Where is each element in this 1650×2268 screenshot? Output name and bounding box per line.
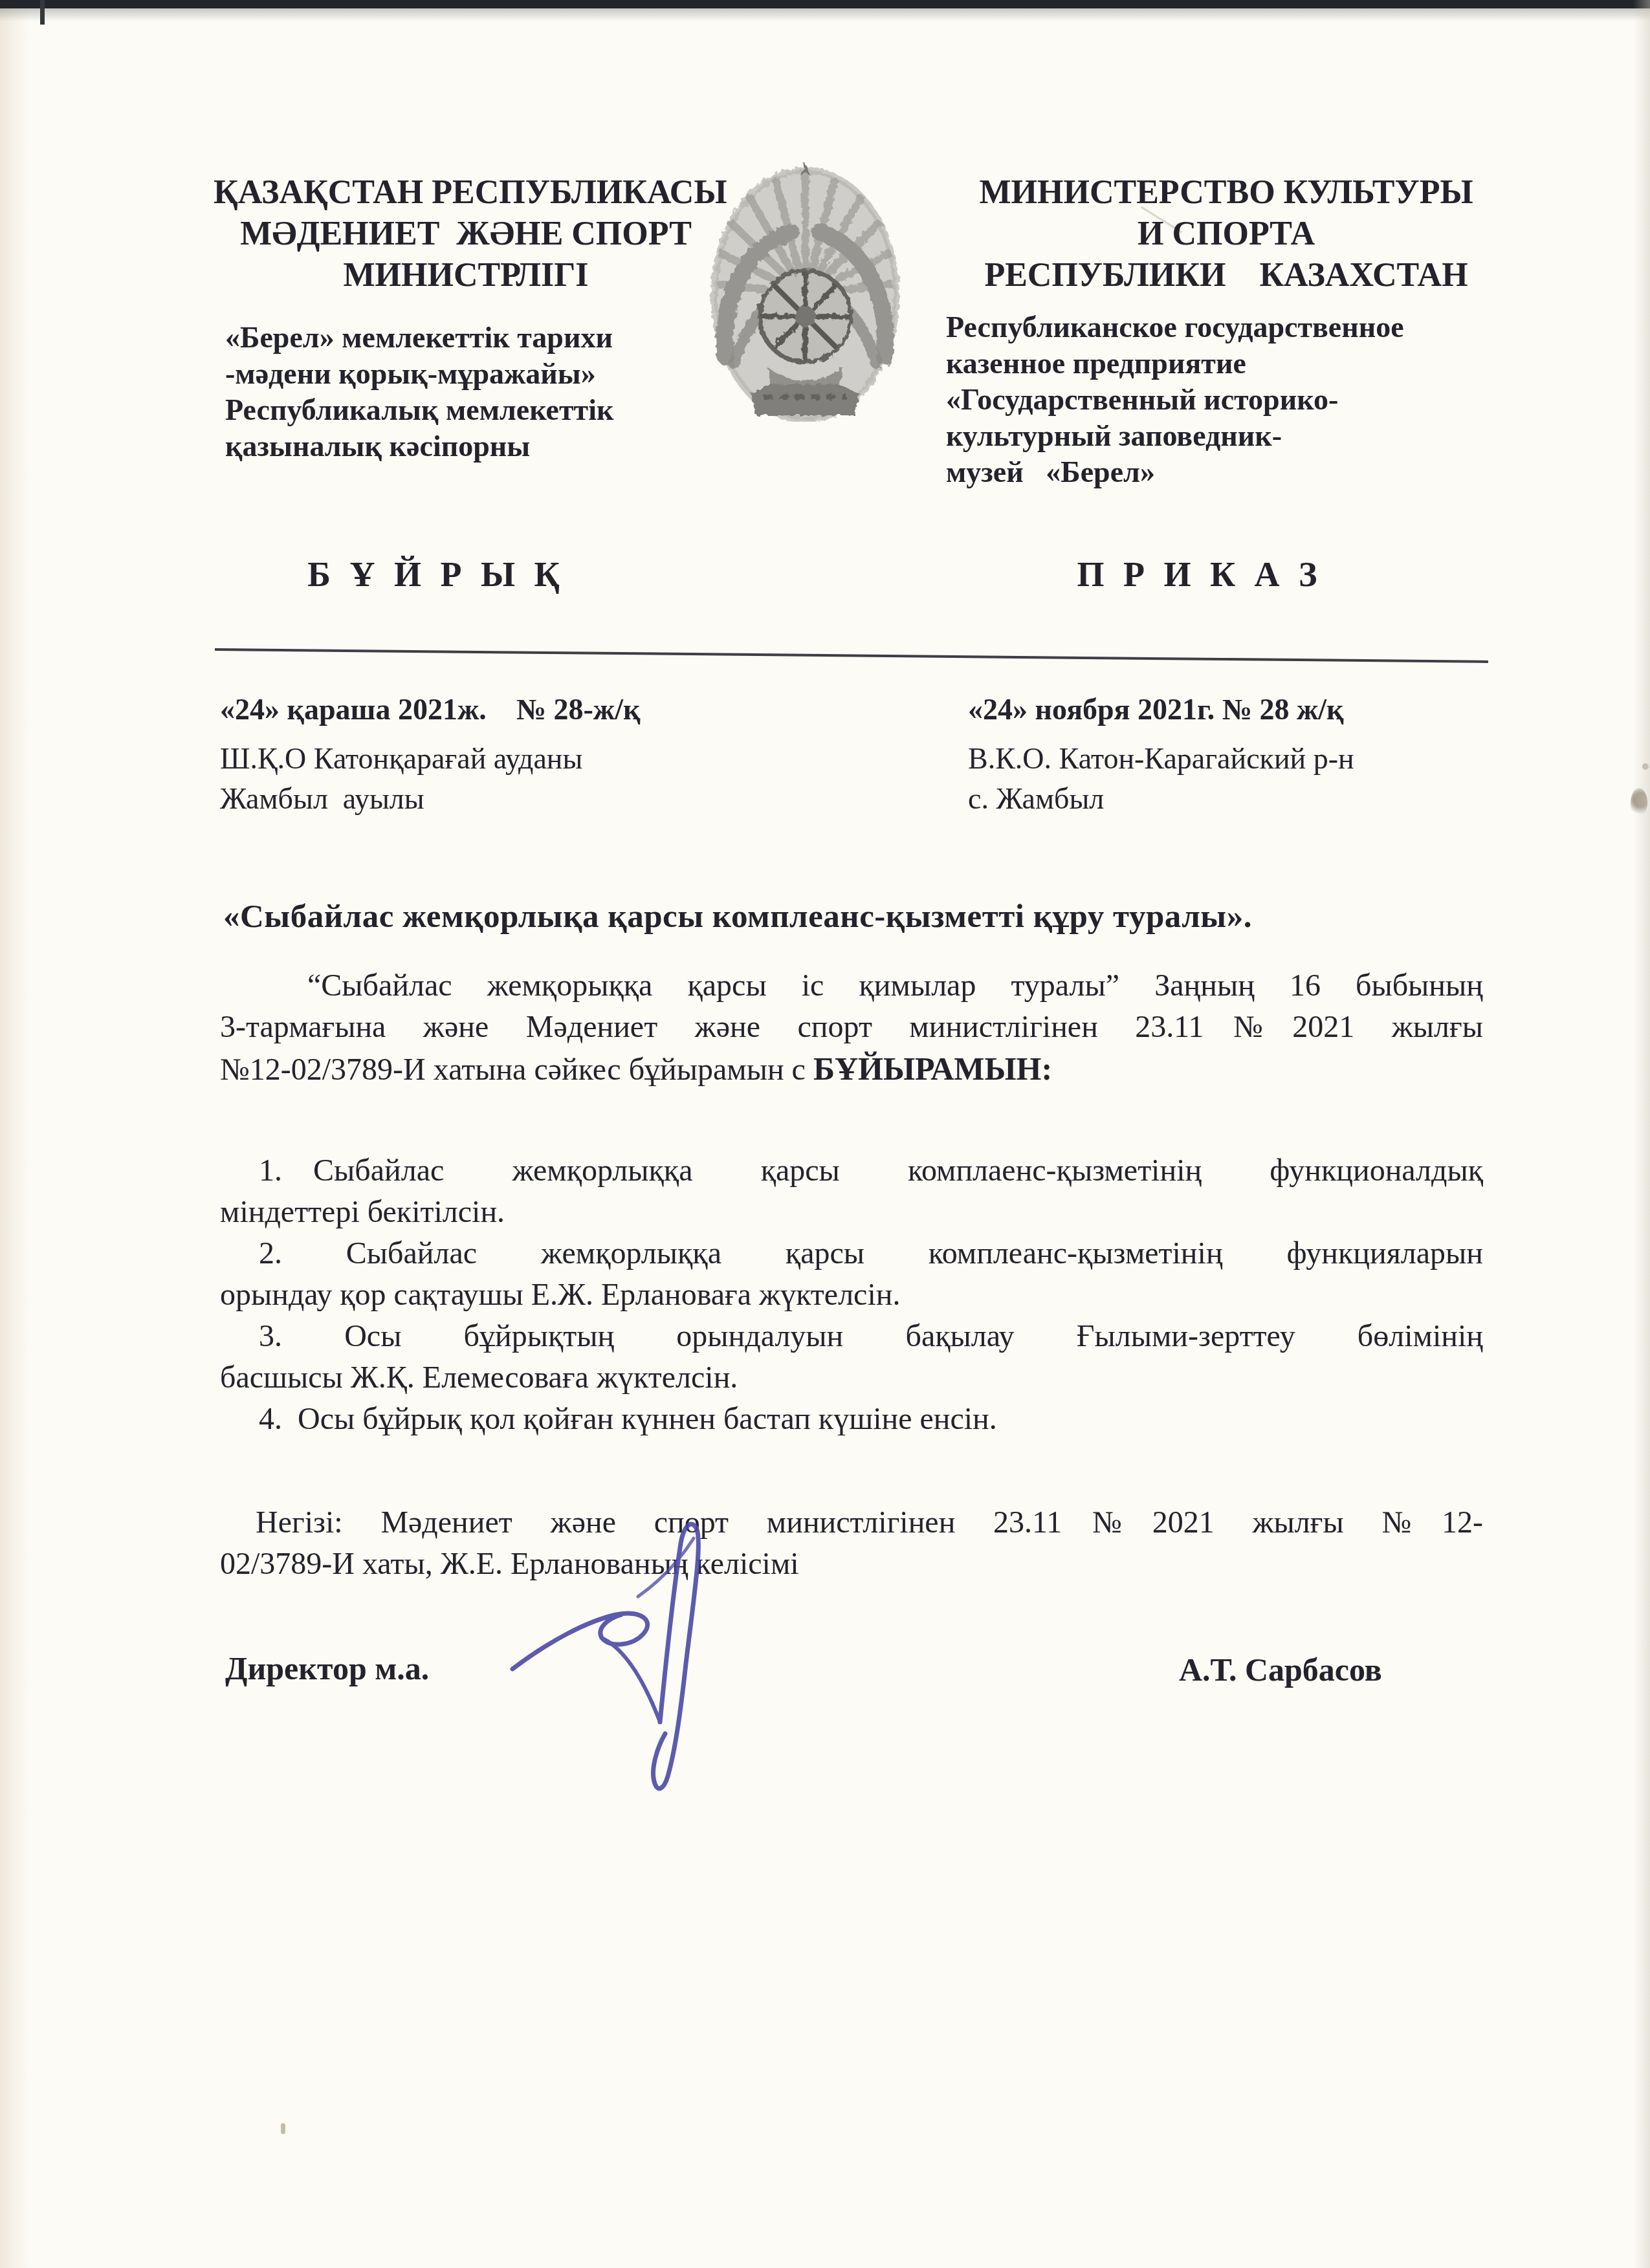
order-heading-kk: Б Ұ Й Р Ы Қ xyxy=(272,554,595,595)
body-line: 4. Осы бұйрық қол қойған күннен бастап к… xyxy=(220,1399,1483,1440)
body-line: 3-тармағына және Мәдениет және спорт мин… xyxy=(220,1007,1483,1048)
scan-speck xyxy=(1631,788,1647,818)
body-line: 2. Сыбайлас жемқорлыққа қарсы комплеанс-… xyxy=(220,1233,1483,1274)
document-body: “Сыбайлас жемқорыққа қарсы іс қимылар ту… xyxy=(220,965,1483,1585)
place-block-ru: В.К.О. Катон-Карагайский р-нс. Жамбыл xyxy=(968,739,1354,819)
scan-top-shadow xyxy=(0,8,1650,21)
letterhead-line: В.К.О. Катон-Карагайский р-н xyxy=(968,739,1354,779)
letterhead-line: МӘДЕНИЕТ ЖӘНЕ СПОРТ xyxy=(214,213,718,255)
letterhead-line: МИНИСТРЛІГІ xyxy=(214,255,718,296)
date-line-ru: «24» ноября 2021г. № 28 ж/қ xyxy=(968,692,1344,726)
order-heading-ru: П Р И К А З xyxy=(1029,554,1365,595)
signature-position-label: Директор м.а. xyxy=(225,1650,429,1687)
divider-rule xyxy=(215,648,1488,663)
letterhead-line: музей «Берел» xyxy=(946,454,1404,490)
signatory-name: А.Т. Сарбасов xyxy=(1179,1651,1382,1688)
body-line: басшысы Ж.Қ. Елемесоваға жүктелсін. xyxy=(220,1357,1483,1399)
body-paragraph: 2. Сыбайлас жемқорлыққа қарсы комплеанс-… xyxy=(220,1233,1483,1316)
scan-speck xyxy=(1642,763,1649,770)
letterhead-left-sub: «Берел» мемлекеттік тарихи-мәдени қорық-… xyxy=(225,320,613,464)
letterhead-line: казенное предприятие xyxy=(946,345,1404,382)
document-title: «Сыбайлас жемқорлықа қарсы комплеанс-қыз… xyxy=(223,898,1252,935)
order-verb-bold: БҰЙЫРАМЫН: xyxy=(813,1051,1052,1087)
body-line: 02/3789-И хаты, Ж.Е. Ерланованың келісім… xyxy=(220,1543,1483,1585)
body-line: орындау қор сақтаушы Е.Ж. Ерлановаға жүк… xyxy=(220,1274,1483,1316)
letterhead-line: И СПОРТА xyxy=(925,213,1527,255)
body-line: Негізі: Мәдениет және спорт министлігіне… xyxy=(220,1502,1483,1543)
scan-corner-mark xyxy=(40,0,45,25)
letterhead-line: Ш.Қ.О Катонқарағай ауданы xyxy=(220,739,582,779)
letterhead-line: «Берел» мемлекеттік тарихи xyxy=(225,320,613,356)
body-paragraph: Негізі: Мәдениет және спорт министлігіне… xyxy=(220,1502,1483,1585)
letterhead-line: Жамбыл ауылы xyxy=(220,779,582,819)
body-line: “Сыбайлас жемқорыққа қарсы іс қимылар ту… xyxy=(220,965,1483,1007)
letterhead-line: культурный заповедник- xyxy=(946,418,1404,454)
letterhead-line: Республиканское государственное xyxy=(946,309,1404,345)
letterhead-right-org: МИНИСТЕРСТВО КУЛЬТУРЫИ СПОРТАРЕСПУБЛИКИ … xyxy=(925,172,1527,296)
letterhead-line: Республикалық мемлекеттік xyxy=(225,392,613,428)
letterhead-line: РЕСПУБЛИКИ КАЗАХСТАН xyxy=(925,255,1527,296)
date-line-kk: «24» қараша 2021ж. № 28-ж/қ xyxy=(220,692,640,726)
handwritten-signature-icon xyxy=(505,1519,744,1810)
body-paragraph: 4. Осы бұйрық қол қойған күннен бастап к… xyxy=(220,1399,1483,1440)
scan-top-bar xyxy=(0,0,1650,8)
letterhead-line: МИНИСТЕРСТВО КУЛЬТУРЫ xyxy=(925,172,1527,213)
body-line: 3. Осы бұйрықтың орындалуын бақылау Ғылы… xyxy=(220,1316,1483,1357)
letterhead-left-org: ҚАЗАҚСТАН РЕСПУБЛИКАСЫМӘДЕНИЕТ ЖӘНЕ СПОР… xyxy=(214,172,718,296)
letterhead-line: қазыналық кәсіпорны xyxy=(225,428,613,464)
letterhead-right-sub: Республиканское государственноеказенное … xyxy=(946,309,1404,490)
place-block-kk: Ш.Қ.О Катонқарағай ауданыЖамбыл ауылы xyxy=(220,739,582,819)
body-line: №12-02/3789-И хатына сәйкес бұйырамын с … xyxy=(220,1048,1483,1091)
body-paragraph: 1. Сыбайлас жемқорлыққа қарсы комплаенс-… xyxy=(220,1150,1483,1233)
scan-speck xyxy=(281,2123,285,2134)
body-paragraph: 3. Осы бұйрықтың орындалуын бақылау Ғылы… xyxy=(220,1316,1483,1399)
scanned-order-document: ҚАЗАҚСТАН РЕСПУБЛИКАСЫМӘДЕНИЕТ ЖӘНЕ СПОР… xyxy=(0,0,1650,2268)
letterhead-line: -мәдени қорық-мұражайы» xyxy=(225,356,613,392)
kazakhstan-coat-of-arms-icon xyxy=(707,162,904,422)
body-paragraph: “Сыбайлас жемқорыққа қарсы іс қимылар ту… xyxy=(220,965,1483,1091)
letterhead-line: с. Жамбыл xyxy=(968,779,1354,819)
body-line: міндеттері бекітілсін. xyxy=(220,1192,1483,1233)
letterhead-line: «Государственный историко- xyxy=(946,382,1404,418)
letterhead-line: ҚАЗАҚСТАН РЕСПУБЛИКАСЫ xyxy=(214,172,718,213)
body-line: 1. Сыбайлас жемқорлыққа қарсы комплаенс-… xyxy=(220,1150,1483,1192)
